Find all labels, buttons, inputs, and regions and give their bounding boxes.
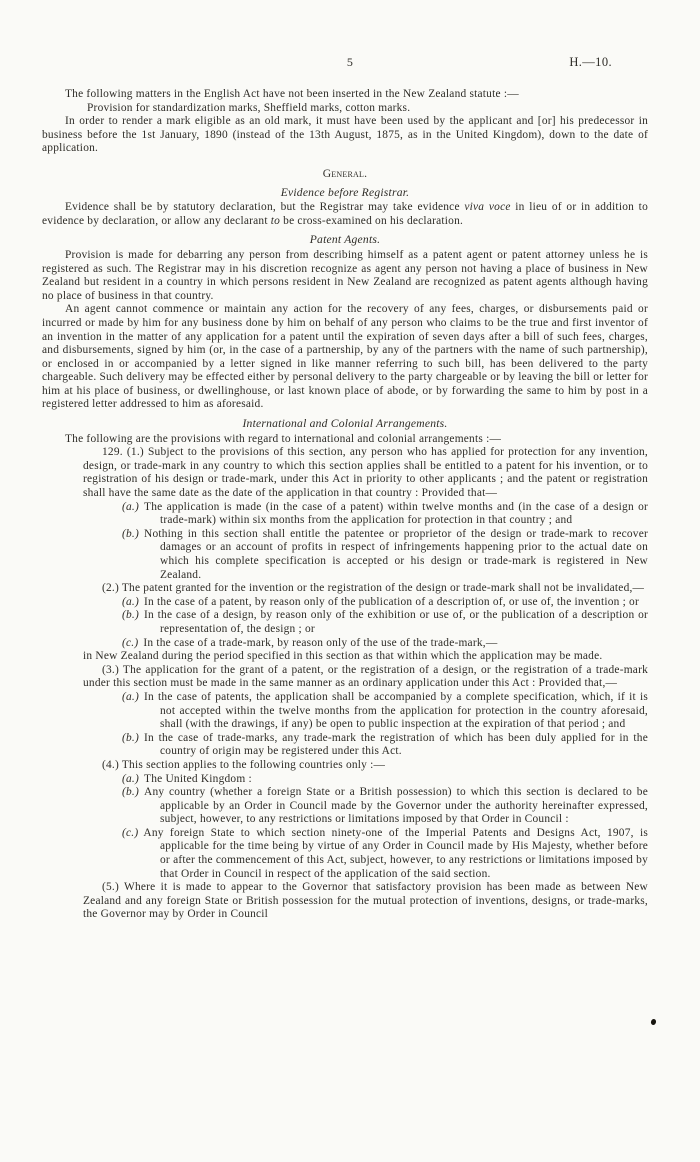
list-item: (b.)Nothing in this section shall entitl…: [83, 528, 648, 582]
item-text: Any country (whether a foreign State or …: [144, 786, 648, 825]
item-marker: (a.): [122, 501, 139, 513]
item-text: In the case of patents, the application …: [144, 691, 648, 730]
item-text: In the case of a design, by reason only …: [144, 609, 648, 635]
item-text: The application is made (in the case of …: [144, 501, 648, 527]
item-marker: (b.): [122, 732, 139, 744]
section-129-clause-2: (2.) The patent granted for the inventio…: [83, 582, 648, 596]
subheading-evidence-before-registrar: Evidence before Registrar.: [42, 186, 648, 200]
page-header: 5 H.—10.: [0, 55, 700, 75]
subheading-international-colonial-arrangements: International and Colonial Arrangements.: [42, 417, 648, 431]
section-129-clause-3: (3.) The application for the grant of a …: [83, 664, 648, 691]
paragraph: The following matters in the English Act…: [42, 88, 648, 102]
subheading-patent-agents: Patent Agents.: [42, 233, 648, 247]
paragraph: The following are the provisions with re…: [42, 433, 648, 447]
document-reference: H.—10.: [569, 55, 612, 70]
item-marker: (b.): [122, 609, 139, 621]
item-text: Nothing in this section shall entitle th…: [144, 528, 648, 581]
list-item: (b.)In the case of a design, by reason o…: [83, 609, 648, 636]
item-text: Any foreign State to which section ninet…: [143, 827, 648, 880]
item-text: In the case of a trade-mark, by reason o…: [143, 637, 497, 649]
item-text: The United Kingdom :: [144, 773, 252, 785]
section-heading-general: General.: [42, 167, 648, 181]
paragraph: Evidence shall be by statutory declarati…: [42, 201, 648, 228]
clause-continuation: in New Zealand during the period specifi…: [83, 650, 648, 664]
item-marker: (a.): [122, 773, 139, 785]
list-item: (b.)In the case of trade-marks, any trad…: [83, 732, 648, 759]
document-page: 5 H.—10. The following matters in the En…: [0, 0, 700, 1162]
section-129-clause-1: 129. (1.) Subject to the provisions of t…: [83, 446, 648, 500]
list-item: (a.)The application is made (in the case…: [83, 501, 648, 528]
ink-spot-artifact: [650, 1018, 657, 1025]
item-marker: (a.): [122, 596, 139, 608]
list-item: (b.)Any country (whether a foreign State…: [83, 786, 648, 827]
paragraph: An agent cannot commence or maintain any…: [42, 303, 648, 412]
section-129-clause-5: (5.) Where it is made to appear to the G…: [83, 881, 648, 922]
paragraph-sub: Provision for standardization marks, She…: [87, 102, 648, 116]
paragraph: In order to render a mark eligible as an…: [42, 115, 648, 156]
document-content: The following matters in the English Act…: [42, 88, 648, 922]
list-item: (a.)The United Kingdom :: [83, 773, 648, 787]
item-marker: (b.): [122, 786, 139, 798]
item-text: In the case of trade-marks, any trade-ma…: [144, 732, 648, 758]
list-item: (a.)In the case of patents, the applicat…: [83, 691, 648, 732]
item-marker: (a.): [122, 691, 139, 703]
item-marker: (b.): [122, 528, 139, 540]
item-marker: (c.): [122, 637, 138, 649]
list-item: (c.)Any foreign State to which section n…: [83, 827, 648, 881]
item-text: In the case of a patent, by reason only …: [144, 596, 639, 608]
list-item: (a.)In the case of a patent, by reason o…: [83, 596, 648, 610]
item-marker: (c.): [122, 827, 138, 839]
list-item: (c.)In the case of a trade-mark, by reas…: [83, 637, 648, 651]
section-129-clause-4: (4.) This section applies to the followi…: [83, 759, 648, 773]
paragraph: Provision is made for debarring any pers…: [42, 249, 648, 303]
